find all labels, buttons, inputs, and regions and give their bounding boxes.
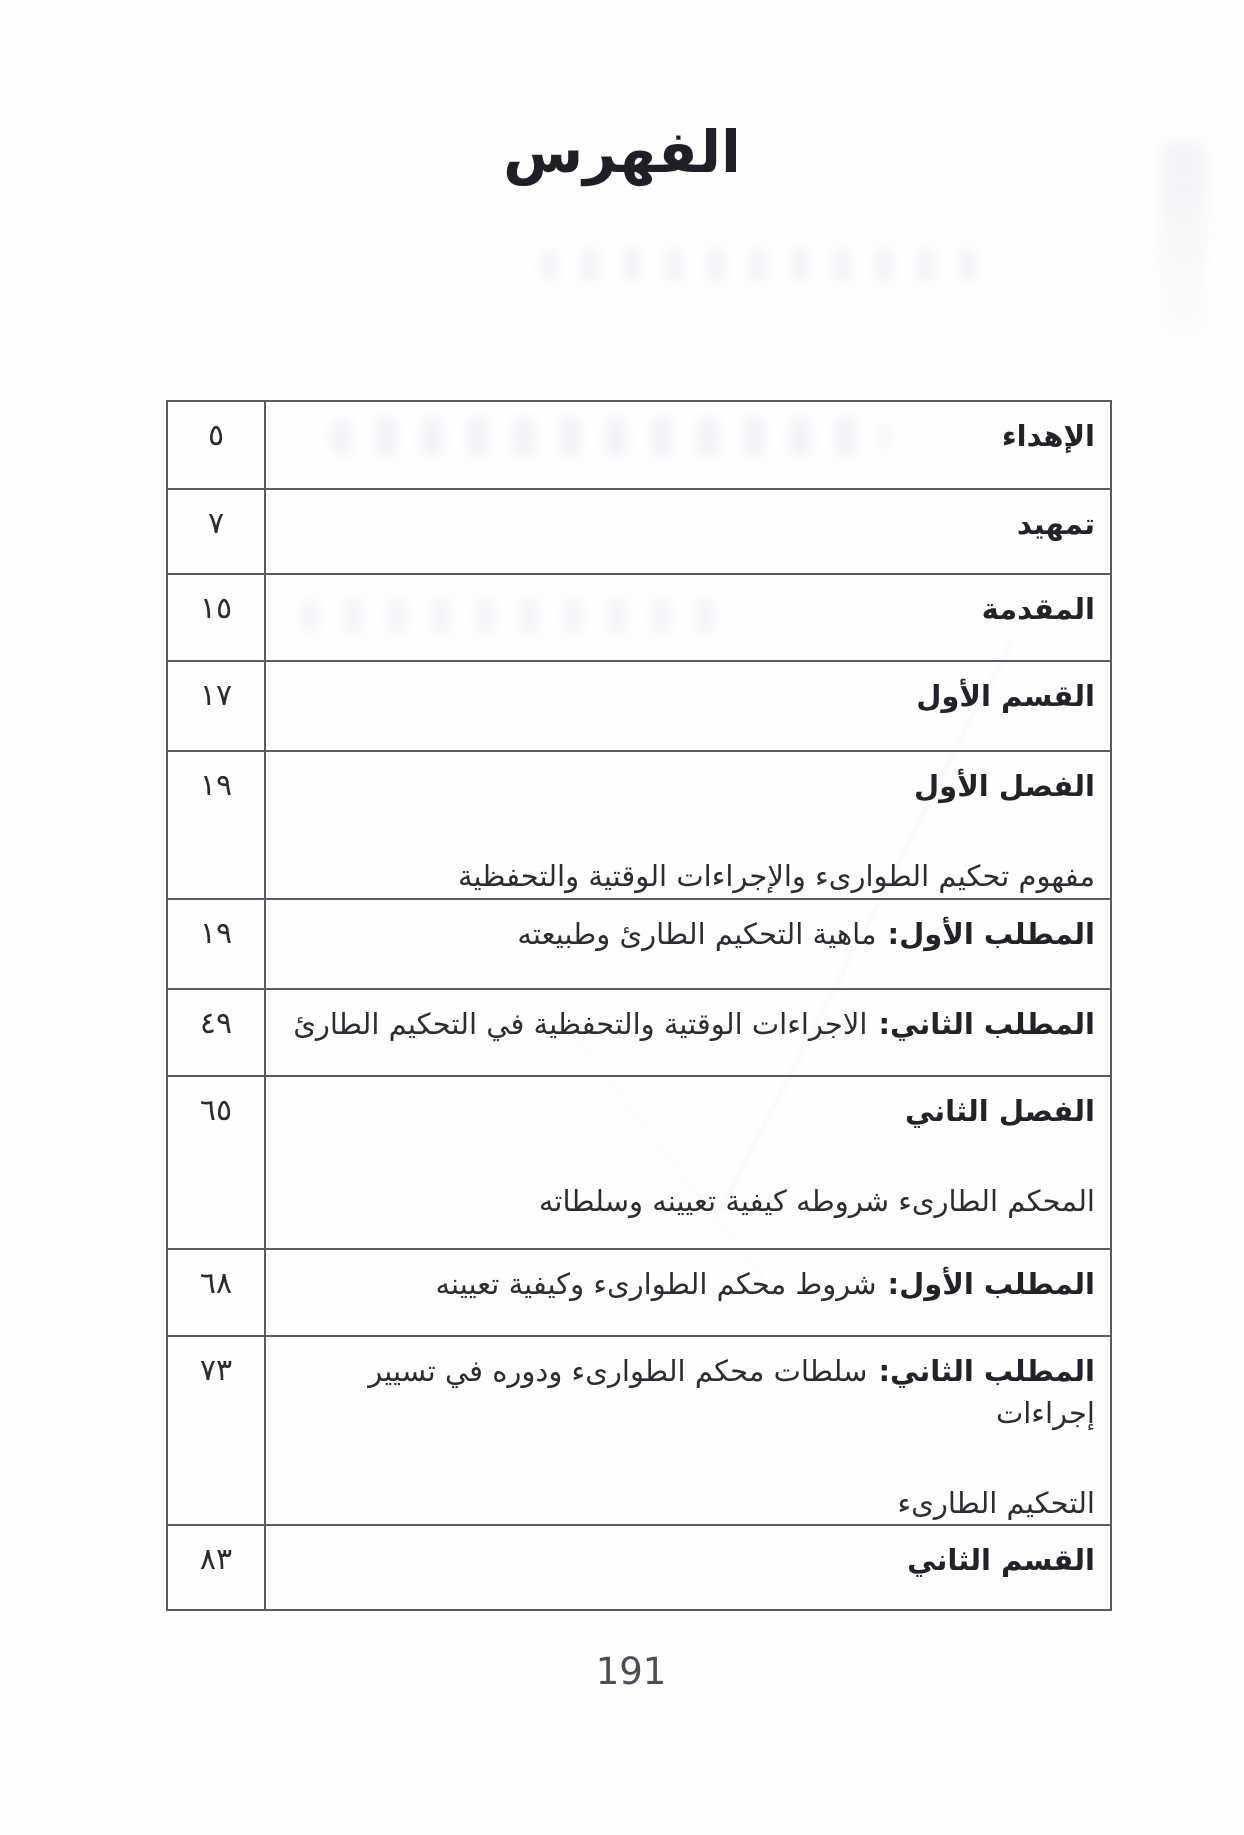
toc-entry-title: المقدمة [982, 592, 1095, 626]
toc-entry-page: ١٧ [200, 678, 232, 713]
table-row: المطلب الثاني:سلطات محكم الطوارىء ودوره … [167, 1336, 1111, 1525]
toc-entry-page: ٦٥ [200, 1093, 232, 1128]
toc-entry-title: الفصل الثاني [905, 1094, 1095, 1128]
table-row: الفصل الثاني المحكم الطارىء شروطه كيفية … [167, 1076, 1111, 1249]
toc-entry-title: تمهيد [1017, 507, 1095, 541]
toc-entry-page: ٥ [208, 418, 224, 453]
toc-entry-title: الفصل الأول [914, 769, 1095, 803]
table-row: المطلب الأول:شروط محكم الطوارىء وكيفية ت… [167, 1249, 1111, 1336]
toc-entry-page: ١٩ [200, 768, 232, 803]
table-row: المقدمة ١٥ [167, 574, 1111, 661]
toc-entry-page: ٦٨ [200, 1266, 232, 1301]
toc-entry-title: المطلب الأول: [888, 917, 1095, 951]
toc-entry-title: القسم الثاني [907, 1543, 1095, 1577]
table-row: المطلب الأول:ماهية التحكيم الطارئ وطبيعت… [167, 899, 1111, 989]
toc-entry-page: ١٥ [200, 591, 232, 626]
toc-entry-text: شروط محكم الطوارىء وكيفية تعيينه [435, 1267, 876, 1301]
table-row: القسم الثاني ٨٣ [167, 1525, 1111, 1610]
toc-entry-page: ٧٣ [200, 1353, 232, 1388]
toc-entry-subtitle: التحكيم الطارىء [274, 1482, 1095, 1524]
page-title: الفهرس [0, 118, 1244, 186]
toc-entry-text: الاجراءات الوقتية والتحفظية في التحكيم ا… [293, 1007, 867, 1041]
toc-entry-page: ١٩ [200, 916, 232, 951]
toc-entry-title: المطلب الثاني: [878, 1354, 1095, 1388]
table-row: المطلب الثاني:الاجراءات الوقتية والتحفظي… [167, 989, 1111, 1076]
toc-entry-title: المطلب الثاني: [878, 1007, 1095, 1041]
toc-entry-subtitle: المحكم الطارىء شروطه كيفية تعيينه وسلطات… [274, 1180, 1095, 1222]
toc-table: الإهداء ٥ تمهيد ٧ المقدمة ١٥ القسم الأول… [166, 400, 1112, 1611]
table-row: الإهداء ٥ [167, 401, 1111, 489]
table-row: القسم الأول ١٧ [167, 661, 1111, 751]
table-row: الفصل الأول مفهوم تحكيم الطوارىء والإجرا… [167, 751, 1111, 899]
page-number: 191 [18, 1650, 1244, 1693]
table-row: تمهيد ٧ [167, 489, 1111, 574]
toc-entry-page: ٨٣ [200, 1542, 232, 1577]
toc-entry-title: الإهداء [1002, 419, 1095, 453]
toc-entry-title: المطلب الأول: [888, 1267, 1095, 1301]
bleed-through-smudge [540, 248, 980, 282]
scanned-page: الفهرس الإهداء ٥ تمهيد ٧ المقدمة ١٥ القس… [0, 0, 1244, 1835]
toc-entry-subtitle: مفهوم تحكيم الطوارىء والإجراءات الوقتية … [274, 855, 1095, 897]
toc-entry-title: القسم الأول [916, 679, 1095, 713]
toc-entry-text: ماهية التحكيم الطارئ وطبيعته [517, 917, 876, 951]
toc-entry-page: ٤٩ [200, 1006, 232, 1041]
toc-entry-page: ٧ [208, 506, 224, 541]
